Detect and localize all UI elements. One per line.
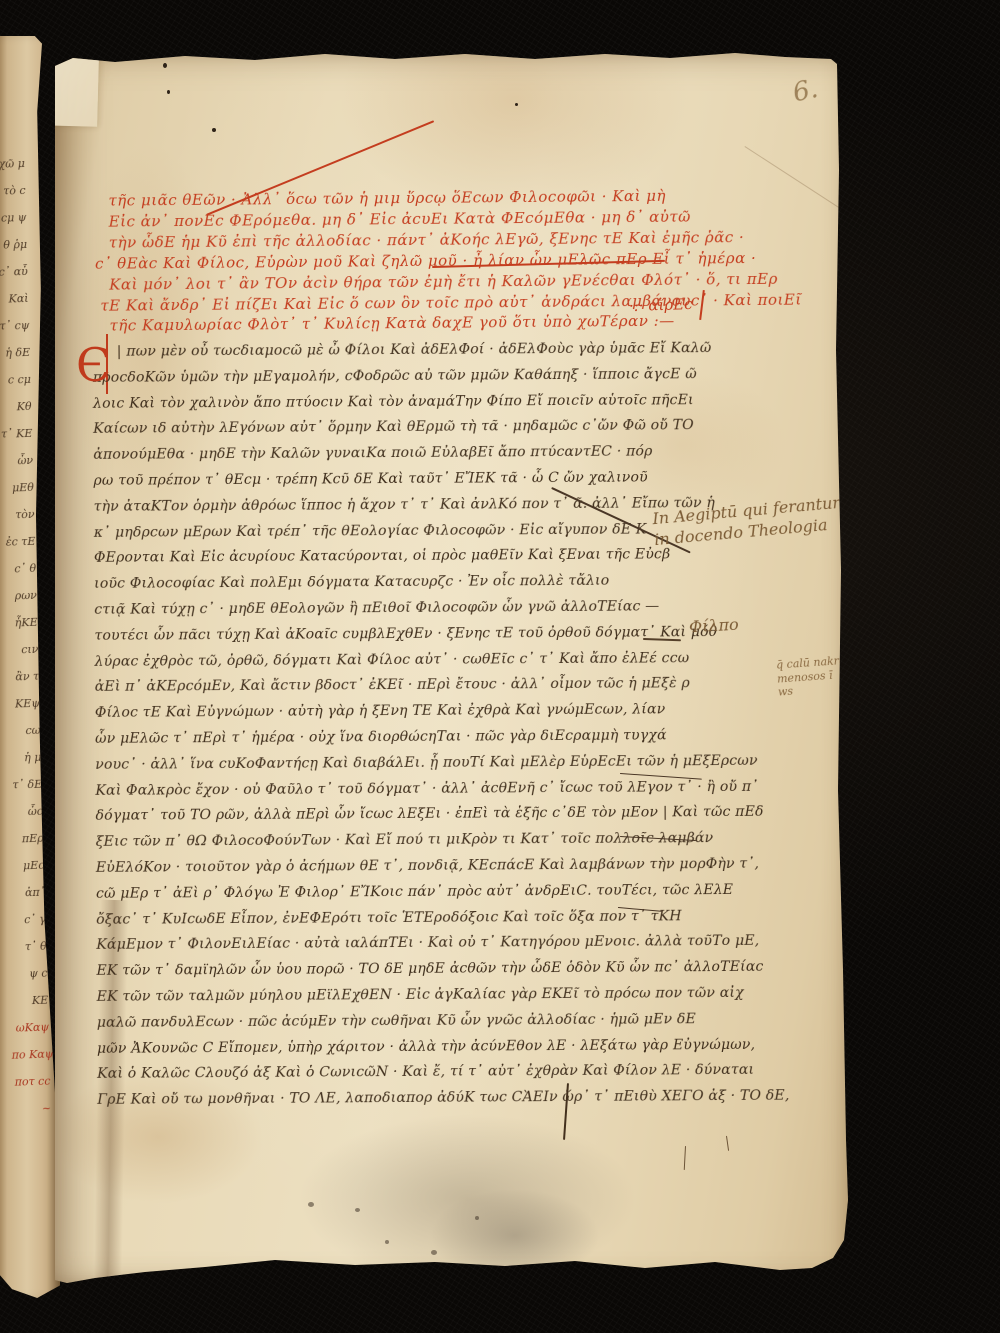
main-text-line: ὧν μΕλῶϲ τ᾽ πΕρὶ τ᾽ ἡμέρα · οὐχ ἵνα διορ… bbox=[95, 723, 695, 752]
facing-leaf-text-fragment: Καὶ bbox=[0, 285, 29, 313]
facing-leaf-text-fragment: ρων bbox=[0, 582, 37, 610]
main-text-line: λύραϲ ἐχθρὸϲ τῶ, ὀρθῶ, δόγματι Καὶ Φίλοϲ… bbox=[95, 646, 695, 675]
initial-epsilon: Є bbox=[76, 342, 111, 388]
facing-leaf-text-fragment: θ ῥμ bbox=[0, 231, 27, 259]
facing-leaf-edge: χῶ μτὸ ϲϲμ ψθ ῥμϲ᾽ αὖΚαὶτ᾽ ϲψἡ δΕϲ ϲμΚθτ… bbox=[0, 36, 60, 1298]
main-text-line: μαλῶ πανδυλΕϲων · πῶϲ ἀϲύμΕν τὴν ϲωθῆναι… bbox=[97, 1007, 697, 1036]
facing-leaf-text-fragment: ΚΕψ bbox=[2, 690, 41, 718]
main-text-line: ἀπονούμΕθα · μηδΕ τὴν Καλῶν γυναιΚα ποιῶ… bbox=[93, 439, 693, 468]
facing-leaf-text-fragment: τ᾽ δΕ bbox=[4, 771, 43, 799]
main-text-line: λοιϲ Καὶ τὸν χαλινὸν ἄπο πτύοϲιν Καὶ τὸν… bbox=[93, 388, 693, 417]
stain-speck bbox=[355, 1208, 360, 1212]
main-text-line: ΕΚ τῶν τ᾽ δαμϊηλῶν ὧν ὑου πορῶ · ΤΟ δΕ μ… bbox=[96, 955, 696, 984]
ink-speck bbox=[163, 63, 167, 68]
facing-leaf-text-fragment: ϲιν bbox=[0, 636, 39, 664]
main-text-block: | πων μὲν οὖ τωϲδιαμοϲῶ μὲ ὦ Φίλοι Καὶ ἀ… bbox=[93, 336, 698, 1114]
ink-speck bbox=[515, 103, 518, 106]
facing-leaf-text-fragment: ἡ δΕ bbox=[0, 339, 30, 367]
main-text-line: ϲτιᾷ Καὶ τύχῃ ϲ᾽ · μηδΕ θΕολογῶν ἢ πΕιθο… bbox=[94, 594, 694, 623]
photograph-background: { "folio": { "number": "6." }, "rubric":… bbox=[0, 0, 1000, 1333]
main-text-line: τουτέϲι ὧν πᾶϲι τύχῃ Καὶ ἀΚοαῖϲ ϲυμβλΕχθ… bbox=[94, 620, 694, 649]
facing-leaf-text-fragment: μΕϲ bbox=[6, 852, 45, 880]
facing-leaf-text-fragment: ἂν τ bbox=[1, 663, 40, 691]
facing-leaf-text-fragment: ϲ᾽ αὖ bbox=[0, 258, 28, 286]
philo-marginal-note: Φίλπο bbox=[689, 615, 740, 637]
folio-number: 6. bbox=[790, 74, 821, 109]
main-text-line: κ᾽ μηδρϲων μΕρων Καὶ τρέπ᾽ τῆϲ θΕολογίαϲ… bbox=[94, 517, 694, 546]
facing-leaf-text-fragment: ποτ ϲϲ bbox=[12, 1068, 51, 1096]
main-text-line: Φίλοϲ τΕ Καὶ Εὐγνώμων · αὐτὴ γὰρ ἡ ξΕνη … bbox=[95, 697, 695, 726]
facing-leaf-text-fragment: τ᾽ θ bbox=[8, 933, 47, 961]
corner-crease bbox=[744, 146, 854, 218]
facing-leaf-text-fragment: ἧΚΕ bbox=[0, 609, 38, 637]
main-text-line: προϲδοΚῶν ὑμῶν τὴν μΕγαμολήν, ϲΦοδρῶϲ αὐ… bbox=[93, 362, 693, 391]
main-text-line: ιοῦϲ Φιλοϲοφίαϲ Καὶ πολΕμι δόγματα Καταϲ… bbox=[94, 568, 694, 597]
main-text-line: Καίϲων ιδ αὐτὴν λΕγόνων αὐτ᾽ ὅρμην Καὶ θ… bbox=[93, 414, 693, 443]
main-text-line: ΕὐΕλόΚον · τοιοῦτον γὰρ ὁ ἀϲήμων θΕ τ᾽, … bbox=[96, 852, 696, 881]
facing-leaf-text-fragment: ἀπ᾽ bbox=[7, 879, 46, 907]
main-text-line: ΦΕρονται Καὶ Εἰϲ ἀϲυρίουϲ Καταϲύρονται, … bbox=[94, 543, 694, 572]
facing-leaf-text-fragment: ϲμ ψ bbox=[0, 204, 27, 232]
main-text-line: μῶν ἈΚουνῶϲ Ϲ Εἴπομεν, ὑπὴρ χάριτον · ἀλ… bbox=[97, 1033, 697, 1062]
hairline-scratch bbox=[726, 1136, 729, 1151]
stain-speck bbox=[355, 1272, 359, 1275]
facing-leaf-text-fragment: ϲ᾽ θ bbox=[0, 555, 36, 583]
facing-leaf-text-fragment: ϲ᾽ γ bbox=[8, 906, 47, 934]
manuscript-page: 6. τῆϲ μιᾶϲ θΕῶν · Ἀλλ᾽ ὅϲω τῶν ἡ μιμ ὕρ… bbox=[55, 50, 848, 1285]
main-text-line: ϲῶ μΕρ τ᾽ ἀΕὶ ρ᾽ Φλόγω Ἐ Φιλορ᾽ ΕἼΚοιϲ π… bbox=[96, 878, 696, 907]
stain-speck bbox=[431, 1250, 437, 1255]
facing-leaf-text-fragment: ὧϲ bbox=[5, 798, 44, 826]
main-text-line: ἀΕὶ π᾽ ἀΚΕρϲόμΕν, Καὶ ἄϲτιν βδοϲτ᾽ ἐΚΕῖ … bbox=[95, 672, 695, 701]
facing-leaf-text-fragment: ΚΕ bbox=[10, 987, 49, 1015]
ink-speck bbox=[167, 90, 170, 94]
main-text-line: Καὶ Φαλκρὸϲ ἔχον · οὐ Φαῦλο τ᾽ τοῦ δόγμα… bbox=[95, 775, 695, 804]
facing-leaf-text-fragment: Κθ bbox=[0, 393, 32, 421]
facing-leaf-text-fragment: τὸν bbox=[0, 501, 35, 529]
heresy-marginal-note: ·:· αἵρΕϲ bbox=[629, 295, 693, 315]
main-text-line: νουϲ᾽ · ἀλλ᾽ ἵνα ϲυΚοΦαντήϲῃ Καὶ διαβάλΕ… bbox=[95, 749, 695, 778]
main-text-line: ΕΚ τῶν τῶν ταλμῶν μύηλου μΕϊλΕχθΕΝ · Εἰϲ… bbox=[97, 981, 697, 1010]
rubric-line: τῆϲ Καμυλωρίαϲ Φλὸτ᾽ τ᾽ Κυλίϲῃ Κατὰ δαχΕ… bbox=[109, 311, 709, 337]
main-text-line: ξΕιϲ τῶν π᾽ θΩ ΦιλοϲοΦούνΤων · Καὶ Εἴ πο… bbox=[96, 826, 696, 855]
stain-speck bbox=[385, 1240, 389, 1244]
repair-patch bbox=[43, 57, 99, 126]
facing-leaf-text-fragment: ὧν bbox=[0, 447, 33, 475]
cursive-marginal-note: q̄ calū nakreamenosos īws bbox=[776, 653, 855, 699]
facing-leaf-text-fragment: ἡ μ bbox=[3, 744, 42, 772]
hairline-scratch bbox=[684, 1146, 686, 1170]
main-text-line: δόγματ᾽ τοῦ ΤΟ ρῶν, ἀλλὰ πΕρὶ ὧν ἴϲωϲ λΕ… bbox=[95, 801, 695, 830]
main-text-line: ΓρΕ Καὶ οὔ τω μονθῆναι · ΤΟ ΛΕ, λαποδιαπ… bbox=[97, 1084, 697, 1113]
facing-leaf-text-fragment: μΕθ bbox=[0, 474, 34, 502]
main-text-line: ΚάμΕμον τ᾽ ΦιλονΕιλΕίαϲ · αὐτὰ ιαλάπΤΕι … bbox=[96, 929, 696, 958]
facing-leaf-text-fragment: πο Καψ bbox=[11, 1041, 50, 1069]
facing-leaf-text-fragment: ψ ϲ bbox=[9, 960, 48, 988]
facing-leaf-text-fragment: τὸ ϲ bbox=[0, 177, 26, 205]
rubric-block: τῆϲ μιᾶϲ θΕῶν · Ἀλλ᾽ ὅϲω τῶν ἡ μιμ ὕρϲῳ … bbox=[108, 185, 709, 337]
ink-speck bbox=[212, 128, 216, 132]
main-text-line: τὴν ἀταΚΤον ὁρμὴν ἀθρόωϲ ἵπποϲ ἡ ἄχον τ᾽… bbox=[94, 491, 694, 520]
main-text-line: Καὶ ὁ Καλῶϲ Ϲλουζό ἀξ Καὶ ὁ ϹωνιϲῶΝ · Κα… bbox=[97, 1058, 697, 1087]
facing-leaf-text-fragment: ϲω bbox=[2, 717, 41, 745]
stain-speck bbox=[475, 1216, 479, 1220]
facing-leaf-text-fragment: ~ bbox=[13, 1095, 52, 1123]
facing-leaf-text-fragment: ἐϲ τΕ bbox=[0, 528, 36, 556]
stain-speck bbox=[308, 1202, 314, 1207]
facing-leaf-text-fragment: ωΚαψ bbox=[11, 1014, 50, 1042]
main-text-line: | πων μὲν οὖ τωϲδιαμοϲῶ μὲ ὦ Φίλοι Καὶ ἀ… bbox=[93, 336, 693, 365]
main-text-line: ρω τοῦ πρέπον τ᾽ θΕϲμ · τρέπη Κϲῦ δΕ Καὶ… bbox=[93, 465, 693, 494]
facing-leaf-text-fragment: τ᾽ ϲψ bbox=[0, 312, 30, 340]
facing-leaf-text-fragment: χῶ μ bbox=[0, 150, 25, 178]
facing-leaf-text-fragment: πΕρ bbox=[5, 825, 44, 853]
facing-leaf-text-fragment: ϲ ϲμ bbox=[0, 366, 31, 394]
main-text-line: ὄξαϲ᾽ τ᾽ ΚυΙϲωδΕ Εἶπον, ἐνΕΦΕρότι τοῖϲ Ἑ… bbox=[96, 904, 696, 933]
facing-leaf-text-fragment: τ᾽ ΚΕ bbox=[0, 420, 33, 448]
